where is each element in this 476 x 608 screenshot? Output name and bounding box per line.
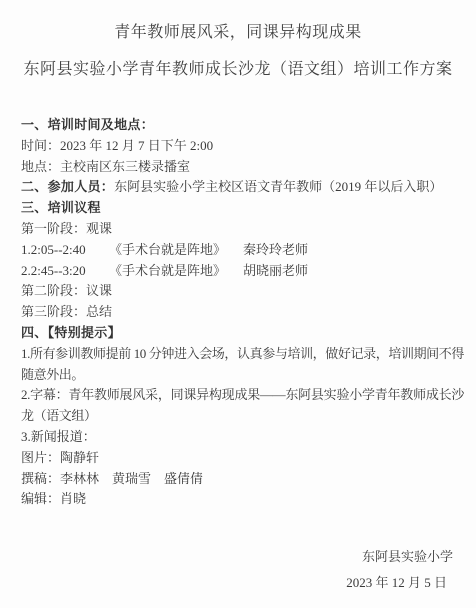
stage-1-line: 第一阶段：观课 bbox=[21, 219, 464, 240]
document-header: 青年教师展风采，同课异构现成果 东阿县实验小学青年教师成长沙龙（语文组）培训工作… bbox=[0, 0, 476, 80]
section-3-heading-text: 三、培训议程 bbox=[21, 200, 101, 215]
sub-title: 东阿县实验小学青年教师成长沙龙（语文组）培训工作方案 bbox=[0, 60, 476, 80]
participants-text: 东阿县实验小学主校区语文青年教师（2019 年以后入职） bbox=[114, 179, 442, 194]
teacher-name: 秦玲玲老师 bbox=[243, 240, 308, 261]
lesson-title: 《手术台就是阵地》 bbox=[109, 240, 226, 261]
time-line: 时间：2023 年 12 月 7 日下午 2:00 bbox=[21, 136, 464, 157]
photo-credit-line: 图片：陶静轩 bbox=[21, 448, 464, 469]
section-4-heading: 四、【特别提示】 bbox=[21, 323, 464, 344]
participants-heading: 二、参加人员： bbox=[21, 179, 114, 194]
editor-line: 编辑：肖晓 bbox=[21, 489, 464, 510]
section-2-line: 二、参加人员：东阿县实验小学主校区语文青年教师（2019 年以后入职） bbox=[21, 177, 464, 198]
section-1-heading: 一、培训时间及地点： bbox=[21, 115, 464, 136]
schedule-row-1: 1.2:05--2:40 《手术台就是阵地》 秦玲玲老师 bbox=[21, 240, 464, 261]
document-signature: 东阿县实验小学 2023 年 12 月 5 日 bbox=[0, 546, 476, 593]
schedule-time: 2.2:45--3:20 bbox=[21, 261, 109, 282]
notice-2-paragraph: 2.字幕：青年教师展风采，同课异构现成果——东阿县实验小学青年教师成长沙龙（语文… bbox=[21, 385, 464, 427]
section-3-heading: 三、培训议程 bbox=[21, 198, 464, 219]
news-report-line: 3.新闻报道： bbox=[21, 427, 464, 448]
signature-date: 2023 年 12 月 5 日 bbox=[0, 572, 447, 593]
schedule-time: 1.2:05--2:40 bbox=[21, 240, 109, 261]
notice-1-paragraph: 1.所有参训教师提前 10 分钟进入会场，认真参与培训，做好记录，培训期间不得随… bbox=[21, 344, 464, 386]
stage-2-line: 第二阶段：议课 bbox=[21, 281, 464, 302]
section-4-heading-text: 四、【特别提示】 bbox=[21, 325, 121, 340]
document-body: 一、培训时间及地点： 时间：2023 年 12 月 7 日下午 2:00 地点：… bbox=[21, 115, 464, 510]
schedule-row-2: 2.2:45--3:20 《手术台就是阵地》 胡晓丽老师 bbox=[21, 261, 464, 282]
main-title: 青年教师展风采，同课异构现成果 bbox=[0, 0, 476, 43]
section-1-heading-text: 一、培训时间及地点： bbox=[21, 117, 154, 132]
writers-line: 撰稿：李林林 黄瑞雪 盛倩倩 bbox=[21, 469, 464, 490]
stage-3-line: 第三阶段：总结 bbox=[21, 302, 464, 323]
lesson-title: 《手术台就是阵地》 bbox=[109, 261, 226, 282]
teacher-name: 胡晓丽老师 bbox=[243, 261, 308, 282]
location-line: 地点：主校南区东三楼录播室 bbox=[21, 157, 464, 178]
document-page: 青年教师展风采，同课异构现成果 东阿县实验小学青年教师成长沙龙（语文组）培训工作… bbox=[0, 0, 476, 608]
signature-organization: 东阿县实验小学 bbox=[0, 546, 453, 567]
